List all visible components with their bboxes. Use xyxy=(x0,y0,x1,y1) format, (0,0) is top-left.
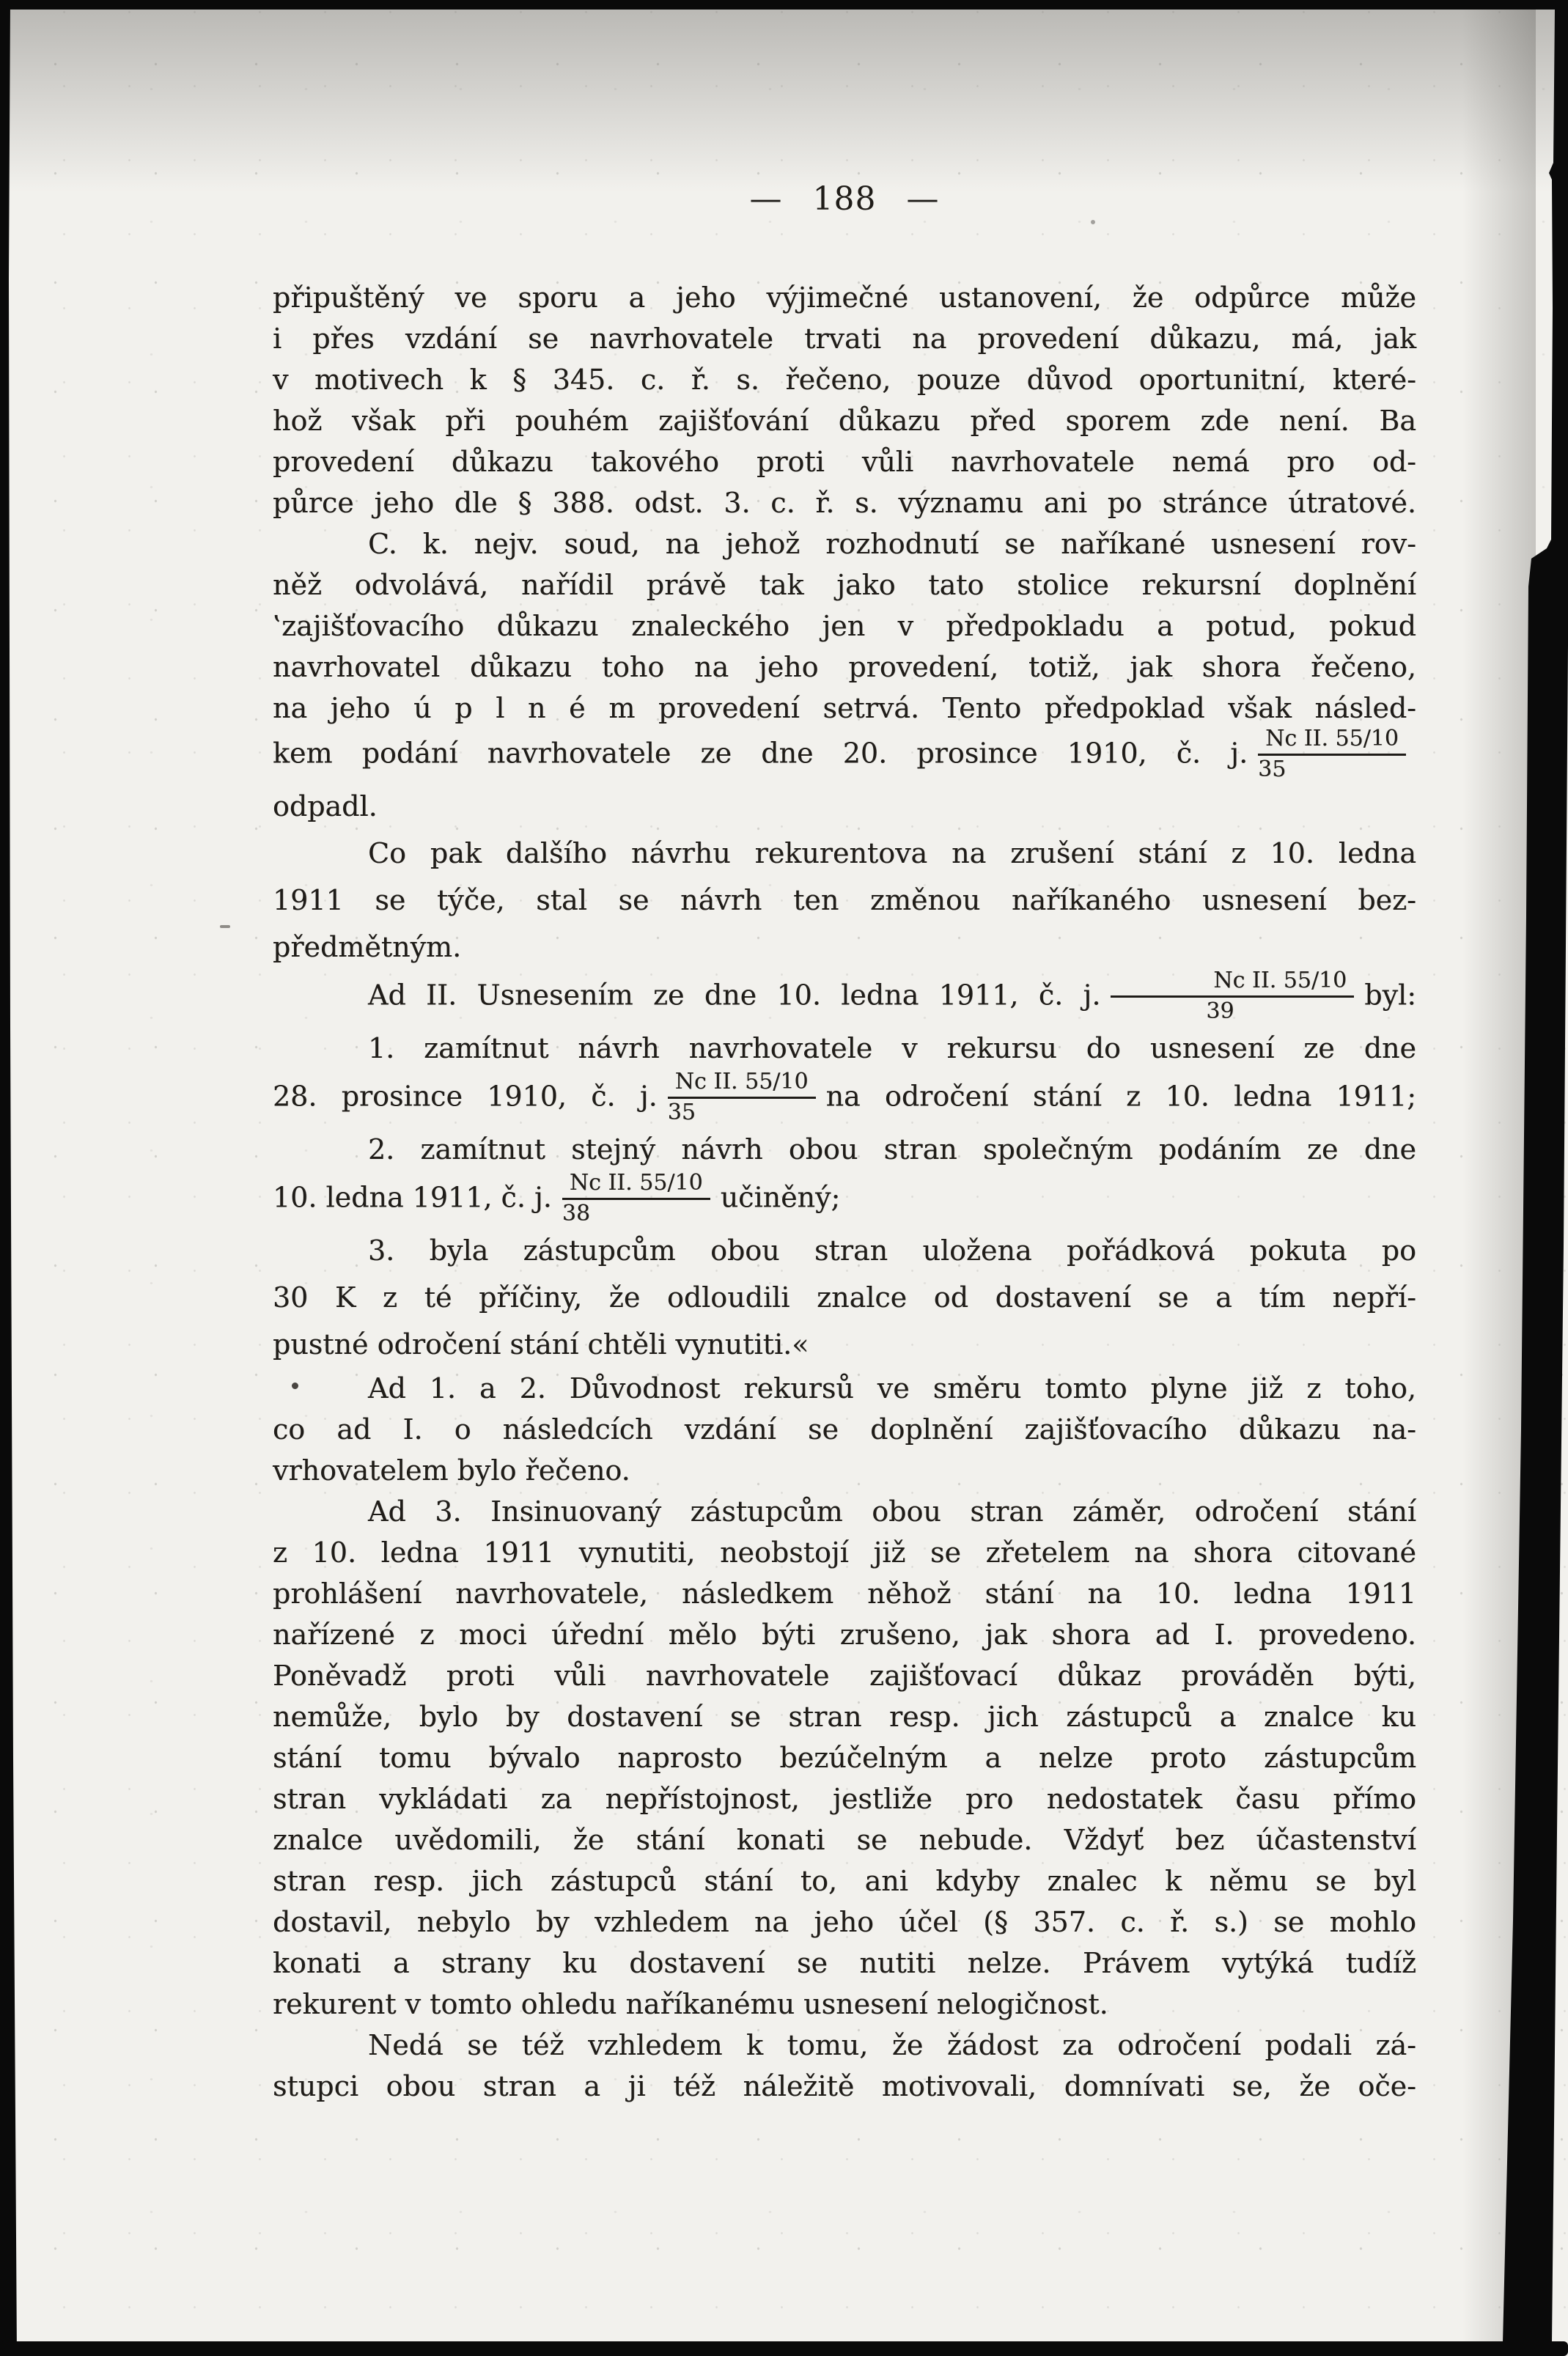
text-run: nemůže, bylo by dostavení se stran resp.… xyxy=(273,1701,1416,1733)
text-run: na odročení stání z 10. ledna 1911; xyxy=(826,1081,1416,1113)
text-run: pustné odročení stání chtěli vynutiti.« xyxy=(273,1328,809,1361)
text-run: hož však při pouhém zajišťování důkazu p… xyxy=(273,405,1416,437)
text-run: Nedá se též vzhledem k tomu, že žádost z… xyxy=(368,2029,1416,2061)
text-run: konati a strany ku dostavení se nutiti n… xyxy=(273,1947,1416,1979)
text-run: v motivech k § 345. c. ř. s. řečeno, pou… xyxy=(273,364,1416,396)
fraction-numerator: Nc II. 55/10 xyxy=(1258,726,1406,756)
text-line: Nedá se též vzhledem k tomu, že žádost z… xyxy=(273,2025,1416,2066)
text-run: i přes vzdání se navrhovatele trvati na … xyxy=(273,323,1416,355)
text-run: připuštěný ve sporu a jeho výjimečné ust… xyxy=(273,281,1416,314)
text-line: prohlášení navrhovatele, následkem něhož… xyxy=(273,1573,1416,1614)
text-line: něž odvolává, nařídil právě tak jako tat… xyxy=(273,564,1416,605)
text-run: stran resp. jich zástupců stání to, ani … xyxy=(273,1865,1416,1897)
text-line: kem podání navrhovatele ze dne 20. prosi… xyxy=(273,729,1416,783)
ink-speck xyxy=(220,925,230,928)
text-line: provedení důkazu takového proti vůli nav… xyxy=(273,441,1416,482)
text-line: navrhovatel důkazu toho na jeho proveden… xyxy=(273,647,1416,688)
text-line: hož však při pouhém zajišťování důkazu p… xyxy=(273,400,1416,441)
text-run: navrhovatel důkazu toho na jeho proveden… xyxy=(273,651,1416,683)
text-run: C. k. nejv. soud, na jehož rozhodnutí se… xyxy=(368,528,1416,560)
text-run: rekurent v tomto ohledu naříkanému usnes… xyxy=(273,1988,1108,2020)
text-line: z 10. ledna 1911 vynutiti, neobstojí již… xyxy=(273,1532,1416,1573)
text-run: předmětným. xyxy=(273,931,461,963)
text-run: 30 K z té příčiny, že odloudili znalce o… xyxy=(273,1281,1416,1314)
fraction-denominator: 35 xyxy=(668,1099,816,1124)
scan-shadow-top xyxy=(0,9,1568,192)
text-line: Poněvadž proti vůli navrhovatele zajišťo… xyxy=(273,1655,1416,1696)
text-run: ‛zajišťovacího důkazu znaleckého jen v p… xyxy=(273,610,1416,642)
page-text: připuštěný ve sporu a jeho výjimečné ust… xyxy=(273,277,1416,2107)
text-line: 1911 se týče, stal se návrh ten změnou n… xyxy=(273,877,1416,924)
text-line: stran vykládati za nepřístojnost, jestli… xyxy=(273,1778,1416,1819)
text-run: 2. zamítnut stejný návrh obou stran spol… xyxy=(368,1133,1416,1166)
text-run: znalce uvědomili, že stání konati se neb… xyxy=(273,1824,1416,1856)
scanned-page: — 188 — připuštěný ve sporu a jeho výjim… xyxy=(0,0,1568,2356)
text-line: Ad 1. a 2. Důvodnost rekursů ve směru to… xyxy=(273,1368,1416,1409)
text-line: ‛zajišťovacího důkazu znaleckého jen v p… xyxy=(273,605,1416,647)
text-run: Poněvadž proti vůli navrhovatele zajišťo… xyxy=(273,1660,1416,1692)
text-line: co ad I. o následcích vzdání se doplnění… xyxy=(273,1409,1416,1450)
text-run: něž odvolává, nařídil právě tak jako tat… xyxy=(273,569,1416,601)
text-line: připuštěný ve sporu a jeho výjimečné ust… xyxy=(273,277,1416,318)
fraction-numerator: Nc II. 55/10 xyxy=(562,1171,710,1200)
text-line: rekurent v tomto ohledu naříkanému usnes… xyxy=(273,1984,1416,2025)
text-run: 1911 se týče, stal se návrh ten změnou n… xyxy=(273,884,1416,916)
fraction-denominator: 35 xyxy=(1258,756,1406,781)
text-line: 3. byla zástupcům obou stran uložena poř… xyxy=(273,1227,1416,1274)
text-run: půrce jeho dle § 388. odst. 3. c. ř. s. … xyxy=(273,487,1416,519)
text-line: předmětným. xyxy=(273,924,1416,971)
text-line: půrce jeho dle § 388. odst. 3. c. ř. s. … xyxy=(273,482,1416,523)
text-line: vrhovatelem bylo řečeno. xyxy=(273,1450,1416,1491)
case-number-fraction: Nc II. 55/1038 xyxy=(562,1171,710,1225)
text-line: 1. zamítnut návrh navrhovatele v rekursu… xyxy=(273,1025,1416,1072)
case-number-fraction: Nc II. 55/1035 xyxy=(668,1070,816,1124)
text-line: 10. ledna 1911, č. j.Nc II. 55/1038učině… xyxy=(273,1173,1416,1227)
scan-shadow-right xyxy=(1462,0,1536,2356)
text-run: 10. ledna 1911, č. j. xyxy=(273,1182,552,1214)
text-line: v motivech k § 345. c. ř. s. řečeno, pou… xyxy=(273,359,1416,400)
text-run: odpadl. xyxy=(273,790,378,822)
text-line: 2. zamítnut stejný návrh obou stran spol… xyxy=(273,1126,1416,1173)
text-run: 28. prosince 1910, č. j. xyxy=(273,1081,658,1113)
text-run: vrhovatelem bylo řečeno. xyxy=(273,1454,630,1487)
text-line: i přes vzdání se navrhovatele trvati na … xyxy=(273,318,1416,359)
text-line: Ad II. Usnesením ze dne 10. ledna 1911, … xyxy=(273,971,1416,1025)
text-line: nařízené z moci úřední mělo býti zrušeno… xyxy=(273,1614,1416,1655)
text-run: provedení důkazu takového proti vůli nav… xyxy=(273,446,1416,478)
fraction-numerator: Nc II. 55/10 xyxy=(1111,968,1354,998)
text-line: nemůže, bylo by dostavení se stran resp.… xyxy=(273,1696,1416,1737)
text-run: Ad 3. Insinuovaný zástupcům obou stran z… xyxy=(368,1495,1416,1528)
text-run: Ad 1. a 2. Důvodnost rekursů ve směru to… xyxy=(368,1372,1416,1405)
text-line: na jeho ú p l n é m provedení setrvá. Te… xyxy=(273,688,1416,729)
text-run: co ad I. o následcích vzdání se doplnění… xyxy=(273,1413,1416,1446)
text-line: Co pak dalšího návrhu rekurentova na zru… xyxy=(273,830,1416,877)
text-run: učiněný; xyxy=(721,1182,841,1214)
text-run: stání tomu bývalo naprosto bezúčelným a … xyxy=(273,1742,1416,1774)
text-run: z 10. ledna 1911 vynutiti, neobstojí již… xyxy=(273,1536,1416,1569)
text-line: Ad 3. Insinuovaný zástupcům obou stran z… xyxy=(273,1491,1416,1532)
book-gutter-band xyxy=(1503,10,1568,2343)
scan-border-left xyxy=(0,0,17,2356)
text-run: Co pak dalšího návrhu rekurentova na zru… xyxy=(368,837,1416,869)
text-run: stran vykládati za nepřístojnost, jestli… xyxy=(273,1783,1416,1815)
fraction-numerator: Nc II. 55/10 xyxy=(668,1070,816,1099)
fraction-denominator: 38 xyxy=(562,1200,710,1225)
text-run: Ad II. Usnesením ze dne 10. ledna 1911, … xyxy=(368,979,1100,1012)
scan-border-bottom xyxy=(0,2341,1568,2356)
text-line: C. k. nejv. soud, na jehož rozhodnutí se… xyxy=(273,523,1416,564)
ink-speck xyxy=(292,1383,298,1389)
text-run: kem podání navrhovatele ze dne 20. prosi… xyxy=(273,737,1248,770)
case-number-fraction: Nc II. 55/1039 xyxy=(1111,968,1354,1023)
fraction-denominator: 39 xyxy=(1111,998,1354,1023)
text-run: 3. byla zástupcům obou stran uložena poř… xyxy=(368,1234,1416,1267)
text-line: znalce uvědomili, že stání konati se neb… xyxy=(273,1819,1416,1860)
page-number: — 188 — xyxy=(273,180,1416,218)
text-line: odpadl. xyxy=(273,783,1416,830)
text-line: stran resp. jich zástupců stání to, ani … xyxy=(273,1860,1416,1902)
ink-speck xyxy=(1091,220,1095,224)
text-line: stupci obou stran a ji též náležitě moti… xyxy=(273,2066,1416,2107)
case-number-fraction: Nc II. 55/1035 xyxy=(1258,726,1406,781)
text-line: 30 K z té příčiny, že odloudili znalce o… xyxy=(273,1274,1416,1321)
text-run: na jeho ú p l n é m provedení setrvá. Te… xyxy=(273,692,1416,724)
text-line: stání tomu bývalo naprosto bezúčelným a … xyxy=(273,1737,1416,1778)
text-line: dostavil, nebylo by vzhledem na jeho úče… xyxy=(273,1902,1416,1943)
text-run: prohlášení navrhovatele, následkem něhož… xyxy=(273,1578,1416,1610)
text-line: konati a strany ku dostavení se nutiti n… xyxy=(273,1943,1416,1984)
text-line: 28. prosince 1910, č. j.Nc II. 55/1035na… xyxy=(273,1072,1416,1126)
scan-border-top xyxy=(0,0,1568,10)
text-run: byl: xyxy=(1364,979,1416,1012)
text-run: stupci obou stran a ji též náležitě moti… xyxy=(273,2070,1416,2102)
text-run: 1. zamítnut návrh navrhovatele v rekursu… xyxy=(368,1032,1416,1064)
text-run: dostavil, nebylo by vzhledem na jeho úče… xyxy=(273,1906,1416,1938)
text-line: pustné odročení stání chtěli vynutiti.« xyxy=(273,1321,1416,1368)
text-run: nařízené z moci úřední mělo býti zrušeno… xyxy=(273,1619,1416,1651)
